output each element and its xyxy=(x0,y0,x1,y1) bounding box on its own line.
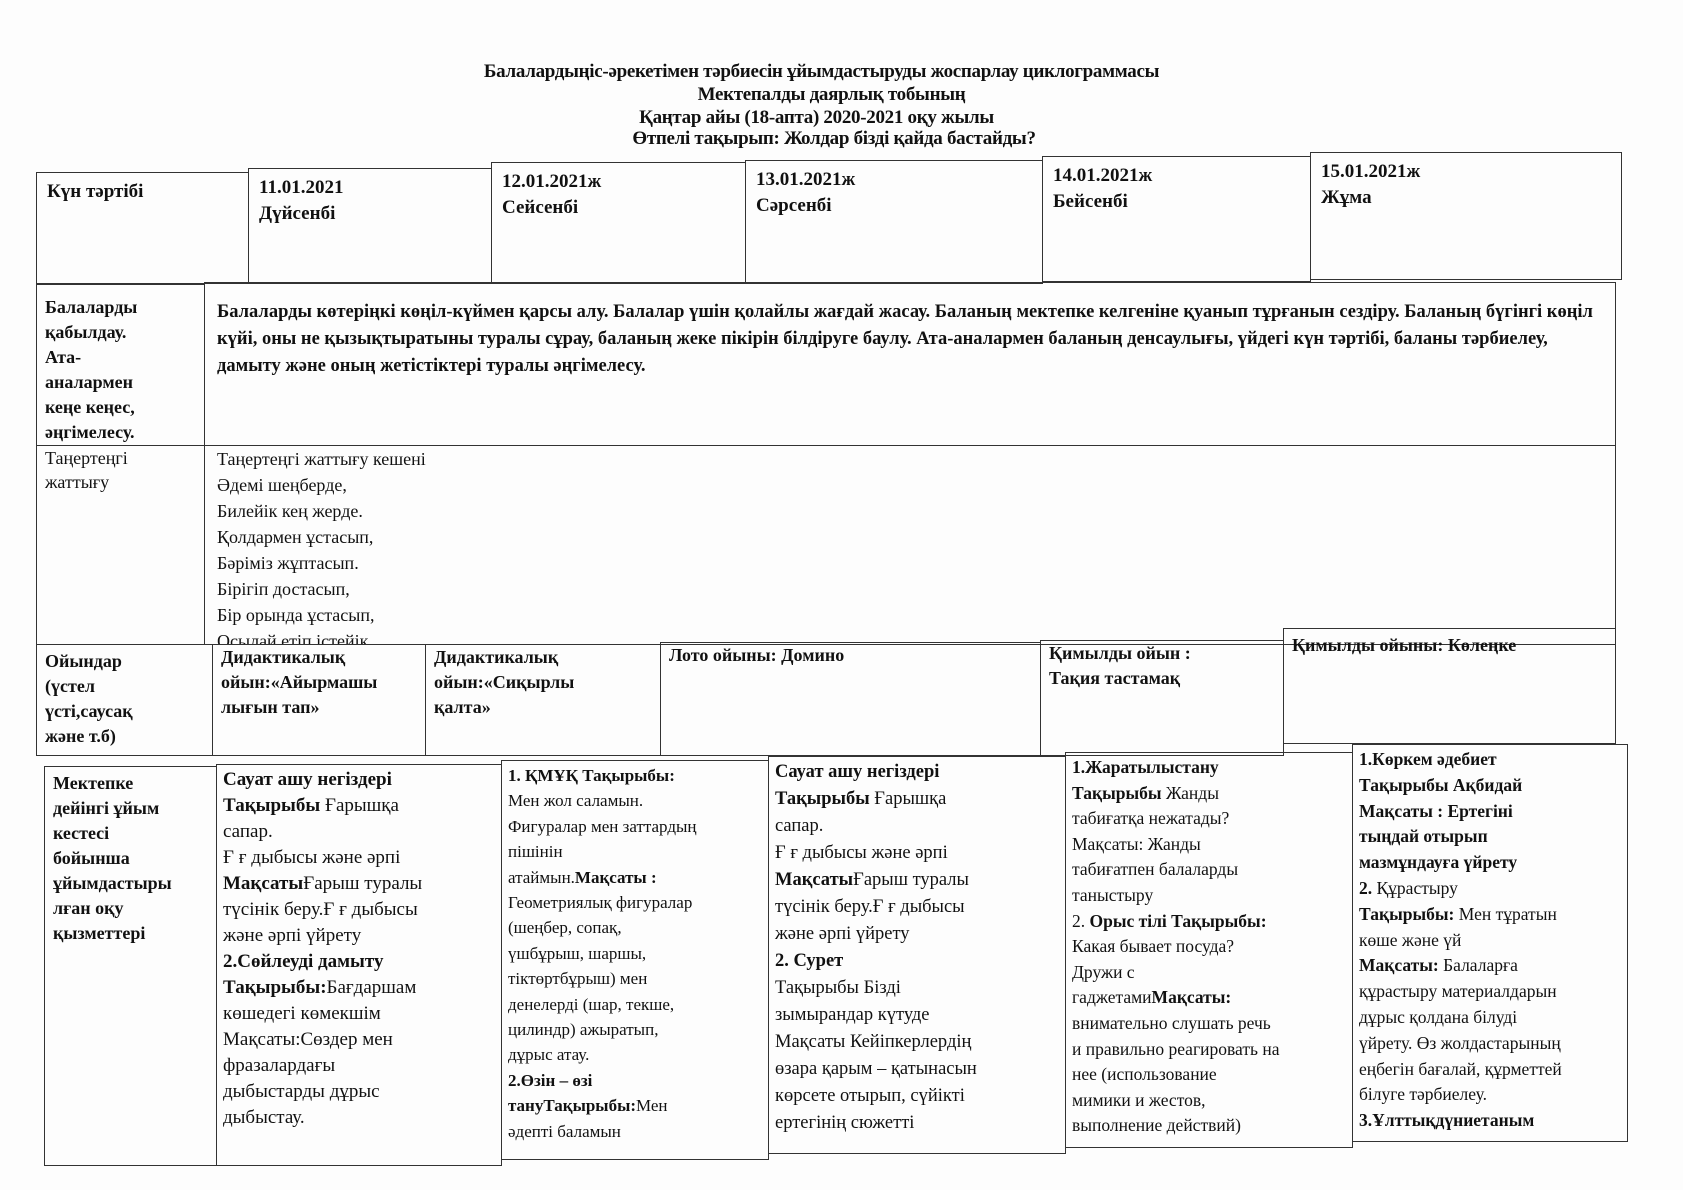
activity-line: мазмұндауға үйрету xyxy=(1359,850,1621,876)
activity-text: сапар. xyxy=(223,821,273,842)
activity-line: 2.Сөйлеуді дамыту xyxy=(223,949,495,975)
games-label-cell: Ойындар (үстел үсті,саусақ және т.б) xyxy=(36,644,213,756)
activity-heading: Мақсаты: xyxy=(1152,987,1232,1007)
activity-line: Тақырыбы Ғарышқа xyxy=(223,793,495,819)
activity-line: Мақсаты: Балаларға xyxy=(1359,953,1621,979)
activity-line: Тақырыбы Ғарышқа xyxy=(775,786,1059,813)
activity-text: түсінік беру.Ғ ғ дыбысы xyxy=(775,897,965,917)
day-date: 12.01.2021ж xyxy=(502,169,735,195)
activity-line: атаймын.Мақсаты : xyxy=(508,865,762,890)
reception-label-line: аналармен xyxy=(45,370,196,395)
header-label: Күн тәртібі xyxy=(47,181,143,202)
game-text: Тақия тастамақ xyxy=(1049,666,1275,691)
activities-label-line: ұйымдастыры xyxy=(53,871,208,896)
header-day-5: 15.01.2021ж Жұма xyxy=(1310,152,1622,280)
activity-text: Какая бывает посуда? xyxy=(1072,936,1234,956)
exercise-line: Бір орында ұстасып, xyxy=(217,602,1603,628)
activity-text: 2. xyxy=(1072,911,1090,931)
exercise-line: Бәріміз жұптасып. xyxy=(217,550,1603,576)
activity-text: атаймын. xyxy=(508,868,575,887)
activities-cell-tue: 1. ҚМҰҚ Тақырыбы:Мен жол саламын.Фигурал… xyxy=(501,760,769,1160)
activity-text: таныстыру xyxy=(1072,885,1153,905)
day-date: 14.01.2021ж xyxy=(1053,163,1300,189)
activity-text: Фигуралар мен заттардың xyxy=(508,817,697,836)
activity-line: көше және үй xyxy=(1359,928,1621,954)
day-date: 15.01.2021ж xyxy=(1321,159,1611,185)
activity-text: пішінін xyxy=(508,842,563,861)
activity-line: Сауат ашу негіздері xyxy=(223,767,495,793)
activity-line: сапар. xyxy=(775,813,1059,840)
reception-label-line: қабылдау. xyxy=(45,320,196,345)
activity-text: и правильно реагировать на xyxy=(1072,1039,1279,1059)
activity-heading: 1.Көркем әдебиет xyxy=(1359,749,1497,769)
reception-text-cell: Балаларды көтеріңкі көңіл-күймен қарсы а… xyxy=(204,282,1616,446)
activity-heading: Тақырыбы xyxy=(1072,783,1166,803)
activity-heading: 2. xyxy=(1359,878,1377,898)
activity-line: көрсете отырып, сүйікті xyxy=(775,1083,1059,1110)
activity-line: Тақырыбы Ақбидай xyxy=(1359,773,1621,799)
activity-heading: Орыс тілі Тақырыбы: xyxy=(1090,911,1267,931)
activity-heading: 2.Сөйлеуді дамыту xyxy=(223,951,383,972)
activity-line: пішінін xyxy=(508,839,762,864)
games-cell-mon: Дидактикалық ойын:«Айырмашы лығын тап» xyxy=(212,644,426,756)
activity-line: 3.Ұлттықдүниетаным xyxy=(1359,1108,1621,1134)
games-label-line: және т.б) xyxy=(45,724,204,749)
activity-line: Фигуралар мен заттардың xyxy=(508,814,762,839)
activity-text: внимательно слушать речь xyxy=(1072,1013,1271,1033)
title-line-1: Балалардыңіс-әрекетімен тәрбиесін ұйымда… xyxy=(0,60,1683,83)
game-text: Қимылды ойын : xyxy=(1049,641,1275,666)
activity-line: Тақырыбы:Бағдаршам xyxy=(223,975,495,1001)
activity-text: Ғарыш туралы xyxy=(853,870,969,890)
activity-line: Тақырыбы: Мен тұратын xyxy=(1359,902,1621,928)
reception-label-line: Ата- xyxy=(45,345,196,370)
activity-line: Ғ ғ дыбысы және әрпі xyxy=(223,845,495,871)
activity-line: Мақсаты : Ертегіні xyxy=(1359,799,1621,825)
activity-line: таныстыру xyxy=(1072,883,1346,909)
activity-heading: тыңдай отырып xyxy=(1359,826,1488,846)
day-name: Дүйсенбі xyxy=(259,201,481,227)
day-name: Жұма xyxy=(1321,185,1611,211)
activity-text: денелерді (шар, текше, xyxy=(508,995,674,1014)
activity-line: құрастыру материалдарын xyxy=(1359,979,1621,1005)
activity-line: 2. Орыс тілі Тақырыбы: xyxy=(1072,909,1346,935)
activity-line: үшбұрыш, шаршы, xyxy=(508,941,762,966)
activities-label-line: лған оқу xyxy=(53,896,208,921)
reception-text: Балаларды көтеріңкі көңіл-күймен қарсы а… xyxy=(217,299,1605,380)
activity-heading: 2. Сурет xyxy=(775,951,843,971)
activity-text: Құрастыру xyxy=(1377,878,1458,898)
activity-text: (шеңбер, сопақ, xyxy=(508,918,622,937)
exercise-line: Таңертеңгі жаттығу кешені xyxy=(217,446,1603,472)
activity-text: дұрыс қолдана білуді xyxy=(1359,1007,1517,1027)
document-title-block: Балалардыңіс-әрекетімен тәрбиесін ұйымда… xyxy=(0,60,1683,149)
activity-heading: Тақырыбы xyxy=(223,795,325,816)
activity-text: фразалардағы xyxy=(223,1055,335,1076)
activity-line: мимики и жестов, xyxy=(1072,1088,1346,1114)
title-line-2: Мектепалды даярлық тобының xyxy=(0,83,1683,106)
activity-text: зымырандар күтуде xyxy=(775,1005,930,1025)
activity-line: 1.Жаратылыстану xyxy=(1072,755,1346,781)
exercise-label-line: жаттығу xyxy=(45,470,196,494)
activity-line: Геометриялық фигуралар xyxy=(508,890,762,915)
game-text: Дидактикалық xyxy=(434,645,652,670)
activity-text: табиғатқа нежатады? xyxy=(1072,808,1229,828)
day-name: Бейсенбі xyxy=(1053,189,1300,215)
games-label-line: Ойындар xyxy=(45,649,204,674)
activity-line: Какая бывает посуда? xyxy=(1072,934,1346,960)
activity-text: мимики и жестов, xyxy=(1072,1090,1206,1110)
activity-line: цилиндр) ажыратып, xyxy=(508,1017,762,1042)
activity-line: өзара қарым – қатынасын xyxy=(775,1056,1059,1083)
activity-line: внимательно слушать речь xyxy=(1072,1011,1346,1037)
activity-line: түсінік беру.Ғ ғ дыбысы xyxy=(223,897,495,923)
activity-line: 2. Сурет xyxy=(775,948,1059,975)
day-name: Сәрсенбі xyxy=(756,193,1032,219)
activities-label-line: Мектепке xyxy=(53,771,208,796)
activities-label-line: дейінгі ұйым xyxy=(53,796,208,821)
day-date: 13.01.2021ж xyxy=(756,167,1032,193)
activity-line: әдепті баламын xyxy=(508,1119,762,1144)
activity-line: денелерді (шар, текше, xyxy=(508,992,762,1017)
activity-line: (шеңбер, сопақ, xyxy=(508,915,762,940)
game-text: Лото ойыны: Домино xyxy=(669,643,1032,668)
activity-line: Дружи с xyxy=(1072,960,1346,986)
game-text: лығын тап» xyxy=(221,695,417,720)
activity-text: сапар. xyxy=(775,816,823,836)
game-text: Қимылды ойыны: Көлеңке xyxy=(1292,633,1607,658)
activity-line: көшедегі көмекшім xyxy=(223,1001,495,1027)
activity-line: табиғатқа нежатады? xyxy=(1072,806,1346,832)
day-date: 11.01.2021 xyxy=(259,175,481,201)
activity-text: Мен xyxy=(636,1096,668,1115)
activity-text: нее (использование xyxy=(1072,1064,1217,1084)
activity-heading: 2.Өзін – өзі xyxy=(508,1071,592,1090)
activity-text: ертегінің сюжетті xyxy=(775,1113,914,1133)
activity-heading: Мақсаты: xyxy=(1359,955,1443,975)
activity-heading: Мақсаты xyxy=(775,870,853,890)
exercise-label-line: Таңертеңгі xyxy=(45,446,196,470)
reception-label-line: кеңе кеңес, xyxy=(45,395,196,420)
activity-line: зымырандар күтуде xyxy=(775,1002,1059,1029)
activity-line: тануТақырыбы:Мен xyxy=(508,1093,762,1118)
activity-text: табиғатпен балаларды xyxy=(1072,859,1238,879)
activity-line: Мен жол саламын. xyxy=(508,788,762,813)
title-line-4: Өтпелі тақырып: Жолдар бізді қайда баста… xyxy=(0,129,1683,149)
activity-text: және әрпі үйрету xyxy=(223,925,361,946)
activity-text: еңбегін бағалай, құрметтей xyxy=(1359,1059,1562,1079)
activity-text: үйрету. Өз жолдастарының xyxy=(1359,1033,1561,1053)
activity-line: сапар. xyxy=(223,819,495,845)
activity-text: әдепті баламын xyxy=(508,1122,621,1141)
activity-heading: Тақырыбы xyxy=(775,789,874,809)
activity-line: Ғ ғ дыбысы және әрпі xyxy=(775,840,1059,867)
activity-line: 1.Көркем әдебиет xyxy=(1359,747,1621,773)
activity-line: білуге тәрбиелеу. xyxy=(1359,1082,1621,1108)
activity-text: дыбыстау. xyxy=(223,1107,305,1128)
reception-label-cell: Балаларды қабылдау. Ата- аналармен кеңе … xyxy=(36,284,205,446)
activity-line: ертегінің сюжетті xyxy=(775,1110,1059,1137)
header-label-cell: Күн тәртібі xyxy=(36,172,249,284)
activity-text: гаджетами xyxy=(1072,987,1152,1007)
activity-line: 2.Өзін – өзі xyxy=(508,1068,762,1093)
activity-text: Ғарышқа xyxy=(325,795,399,816)
activity-text: көше және үй xyxy=(1359,930,1461,950)
activities-label-line: кестесі xyxy=(53,821,208,846)
activity-line: және әрпі үйрету xyxy=(223,923,495,949)
activity-text: Ғарышқа xyxy=(874,789,946,809)
exercise-label-cell: Таңертеңгі жаттығу xyxy=(36,445,205,645)
activity-line: Тақырыбы Жанды xyxy=(1072,781,1346,807)
activity-line: МақсатыҒарыш туралы xyxy=(223,871,495,897)
activity-text: Дружи с xyxy=(1072,962,1135,982)
activity-line: тіктөртбұрыш) мен xyxy=(508,966,762,991)
activity-line: дыбыстарды дұрыс xyxy=(223,1079,495,1105)
activity-text: Балаларға xyxy=(1443,955,1518,975)
activity-heading: Мақсаты xyxy=(223,873,303,894)
exercise-text-cell: Таңертеңгі жаттығу кешені Әдемі шеңберде… xyxy=(204,445,1616,645)
activity-text: дыбыстарды дұрыс xyxy=(223,1081,380,1102)
activity-heading: Мақсаты : xyxy=(575,868,657,887)
activity-line: 2. Құрастыру xyxy=(1359,876,1621,902)
activity-text: цилиндр) ажыратып, xyxy=(508,1020,658,1039)
activity-line: түсінік беру.Ғ ғ дыбысы xyxy=(775,894,1059,921)
activity-line: Мақсаты Кейіпкерлердің xyxy=(775,1029,1059,1056)
activity-text: білуге тәрбиелеу. xyxy=(1359,1084,1487,1104)
activity-line: и правильно реагировать на xyxy=(1072,1037,1346,1063)
activity-line: үйрету. Өз жолдастарының xyxy=(1359,1031,1621,1057)
activity-text: Мақсаты: Жанды xyxy=(1072,834,1201,854)
activity-line: дыбыстау. xyxy=(223,1105,495,1131)
activity-text: көшедегі көмекшім xyxy=(223,1003,381,1024)
activity-line: Тақырыбы Бізді xyxy=(775,975,1059,1002)
games-cell-tue: Дидактикалық ойын:«Сиқырлы қалта» xyxy=(425,644,661,756)
exercise-line: Әдемі шеңберде, xyxy=(217,472,1603,498)
title-line-3: Қаңтар айы (18-апта) 2020-2021 оқу жылы xyxy=(0,106,1683,129)
activities-cell-fri: 1.Көркем әдебиетТақырыбы АқбидайМақсаты … xyxy=(1352,744,1628,1142)
activity-text: өзара қарым – қатынасын xyxy=(775,1059,977,1079)
activity-text: Ғ ғ дыбысы және әрпі xyxy=(775,843,948,863)
activity-text: үшбұрыш, шаршы, xyxy=(508,944,646,963)
activity-line: Сауат ашу негіздері xyxy=(775,759,1059,786)
activity-text: Ғ ғ дыбысы және әрпі xyxy=(223,847,400,868)
reception-label-line: әңгімелесу. xyxy=(45,420,196,445)
exercise-line: Қолдармен ұстасып, xyxy=(217,524,1603,550)
reception-label-line: Балаларды xyxy=(45,295,196,320)
activity-line: фразалардағы xyxy=(223,1053,495,1079)
header-day-4: 14.01.2021ж Бейсенбі xyxy=(1042,156,1311,282)
activity-heading: Мақсаты : Ертегіні xyxy=(1359,801,1513,821)
activity-line: дұрыс атау. xyxy=(508,1042,762,1067)
header-day-1: 11.01.2021 Дүйсенбі xyxy=(248,168,492,284)
activity-line: нее (использование xyxy=(1072,1062,1346,1088)
games-cell-thu: Қимылды ойын : Тақия тастамақ xyxy=(1040,640,1284,756)
activity-text: Мақсаты Кейіпкерлердің xyxy=(775,1032,971,1052)
activity-text: көрсете отырып, сүйікті xyxy=(775,1086,965,1106)
activity-text: Бағдаршам xyxy=(327,977,417,998)
game-text: ойын:«Сиқырлы xyxy=(434,670,652,695)
activity-line: Мақсаты:Сөздер мен xyxy=(223,1027,495,1053)
activity-line: Мақсаты: Жанды xyxy=(1072,832,1346,858)
activity-heading: тануТақырыбы: xyxy=(508,1096,636,1115)
games-cell-wed: Лото ойыны: Домино xyxy=(660,642,1041,756)
activity-line: 1. ҚМҰҚ Тақырыбы: xyxy=(508,763,762,788)
activity-text: Ғарыш туралы xyxy=(303,873,422,894)
header-day-3: 13.01.2021ж Сәрсенбі xyxy=(745,160,1043,284)
header-day-2: 12.01.2021ж Сейсенбі xyxy=(491,162,746,284)
games-label-line: үсті,саусақ xyxy=(45,699,204,724)
activity-heading: 3.Ұлттықдүниетаным xyxy=(1359,1110,1534,1130)
activity-text: Геометриялық фигуралар xyxy=(508,893,692,912)
activity-text: Жанды xyxy=(1166,783,1219,803)
activity-heading: Тақырыбы Ақбидай xyxy=(1359,775,1522,795)
activity-text: Мен жол саламын. xyxy=(508,791,643,810)
games-cell-fri: Қимылды ойыны: Көлеңке xyxy=(1283,628,1616,744)
activity-text: Тақырыбы Бізді xyxy=(775,978,901,998)
exercise-line: Билейік кең жерде. xyxy=(217,498,1603,524)
activity-text: құрастыру материалдарын xyxy=(1359,981,1557,1001)
activities-cell-wed: Сауат ашу негіздеріТақырыбы Ғарышқасапар… xyxy=(768,756,1066,1154)
activity-heading: Тақырыбы: xyxy=(1359,904,1459,924)
activity-text: және әрпі үйрету xyxy=(775,924,910,944)
activity-line: выполнение действий) xyxy=(1072,1113,1346,1139)
activity-heading: 1. ҚМҰҚ Тақырыбы: xyxy=(508,766,675,785)
activity-line: табиғатпен балаларды xyxy=(1072,857,1346,883)
activities-label-line: бойынша xyxy=(53,846,208,871)
activities-label-line: қызметтері xyxy=(53,921,208,946)
activity-line: гаджетамиМақсаты: xyxy=(1072,985,1346,1011)
activity-line: тыңдай отырып xyxy=(1359,824,1621,850)
activities-cell-thu: 1.ЖаратылыстануТақырыбы Жандытабиғатқа н… xyxy=(1065,752,1353,1148)
activities-cell-mon: Сауат ашу негіздеріТақырыбы Ғарышқасапар… xyxy=(216,764,502,1166)
activity-text: Мен тұратын xyxy=(1459,904,1557,924)
activity-line: дұрыс қолдана білуді xyxy=(1359,1005,1621,1031)
game-text: қалта» xyxy=(434,695,652,720)
activity-text: дұрыс атау. xyxy=(508,1045,589,1064)
activity-text: тіктөртбұрыш) мен xyxy=(508,969,647,988)
activity-line: МақсатыҒарыш туралы xyxy=(775,867,1059,894)
day-name: Сейсенбі xyxy=(502,195,735,221)
activity-heading: Тақырыбы: xyxy=(223,977,327,998)
activity-heading: Сауат ашу негіздері xyxy=(223,769,392,790)
activity-heading: Сауат ашу негіздері xyxy=(775,762,939,782)
activities-label-cell: Мектепке дейінгі ұйым кестесі бойынша ұй… xyxy=(44,766,217,1166)
activity-text: выполнение действий) xyxy=(1072,1115,1241,1135)
activity-heading: 1.Жаратылыстану xyxy=(1072,757,1219,777)
game-text: ойын:«Айырмашы xyxy=(221,670,417,695)
games-label-line: (үстел xyxy=(45,674,204,699)
game-text: Дидактикалық xyxy=(221,645,417,670)
activity-heading: мазмұндауға үйрету xyxy=(1359,852,1517,872)
activity-line: еңбегін бағалай, құрметтей xyxy=(1359,1057,1621,1083)
exercise-line: Бірігіп достасып, xyxy=(217,576,1603,602)
activity-text: түсінік беру.Ғ ғ дыбысы xyxy=(223,899,418,920)
activity-text: Мақсаты:Сөздер мен xyxy=(223,1029,393,1050)
activity-line: және әрпі үйрету xyxy=(775,921,1059,948)
